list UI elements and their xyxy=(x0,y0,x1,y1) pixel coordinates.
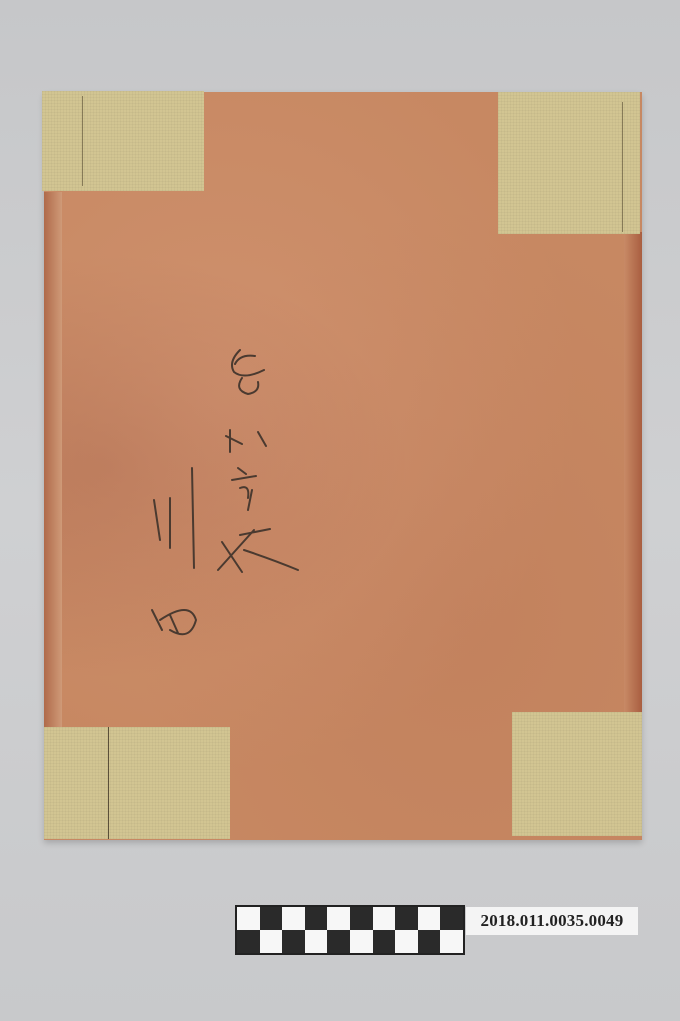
tape-seam xyxy=(82,96,83,186)
scale-square xyxy=(282,907,305,930)
scale-square xyxy=(327,907,350,930)
accession-number-label: 2018.011.0035.0049 xyxy=(466,907,638,935)
scale-square xyxy=(350,930,373,953)
scale-square xyxy=(373,930,396,953)
scale-square xyxy=(327,930,350,953)
tape-bottom-left xyxy=(44,727,230,839)
scale-square xyxy=(373,907,396,930)
scale-square xyxy=(237,930,260,953)
scale-square xyxy=(395,907,418,930)
scale-square xyxy=(260,907,283,930)
scale-square xyxy=(305,907,328,930)
tape-bottom-right xyxy=(512,712,642,836)
tape-top-left xyxy=(42,91,204,191)
tape-top-right xyxy=(498,92,640,234)
scale-square xyxy=(418,930,441,953)
scale-square xyxy=(260,930,283,953)
scale-square xyxy=(350,907,373,930)
scale-square xyxy=(440,907,463,930)
pencil-inscription xyxy=(140,330,320,660)
tape-seam xyxy=(108,727,109,839)
scale-square xyxy=(282,930,305,953)
scale-square xyxy=(237,907,260,930)
scale-square xyxy=(395,930,418,953)
tape-seam xyxy=(622,102,623,232)
color-scale-bar xyxy=(235,905,465,955)
scale-square xyxy=(418,907,441,930)
scale-square xyxy=(440,930,463,953)
scale-square xyxy=(305,930,328,953)
